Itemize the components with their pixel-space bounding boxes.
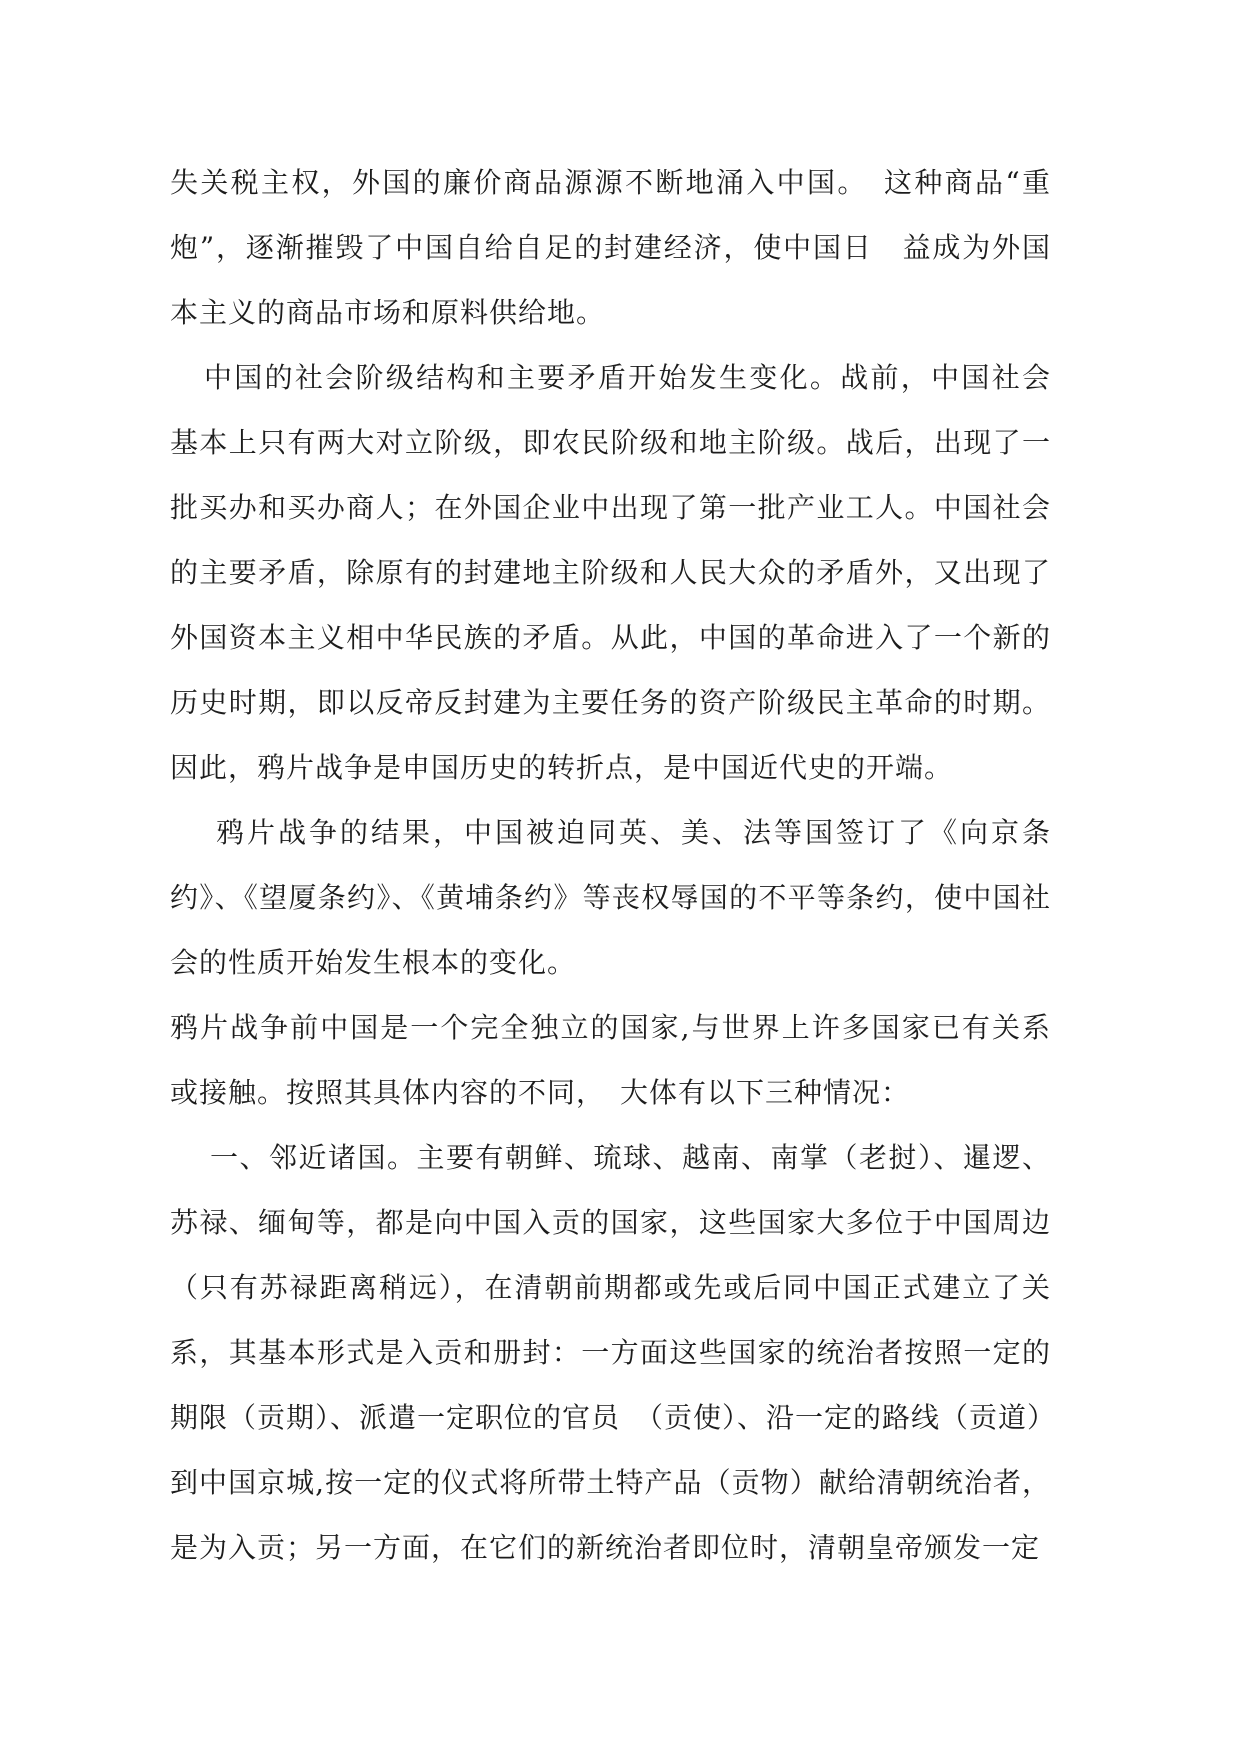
- text-line: 苏禄、缅甸等，都是向中国入贡的国家，这些国家大多位于中国周边: [170, 1190, 1051, 1255]
- text-line: 是为入贡；另一方面，在它们的新统治者即位时，清朝皇帝颁发一定: [170, 1515, 1051, 1580]
- text-line: 或接触。按照其具体内容的不同， 大体有以下三种情况：: [170, 1060, 1051, 1125]
- paragraph: 失关税主权，外国的廉价商品源源不断地涌入中国。 这种商品“重 炮”，逐渐摧毁了中…: [170, 150, 1051, 345]
- paragraph: 鸦片战争前中国是一个完全独立的国家,与世界上许多国家已有关系 或接触。按照其具体…: [170, 995, 1051, 1125]
- text-line: （只有苏禄距离稍远），在清朝前期都或先或后同中国正式建立了关: [170, 1255, 1051, 1320]
- text-line: 系，其基本形式是入贡和册封：一方面这些国家的统治者按照一定的: [170, 1320, 1051, 1385]
- text-line: 历史时期，即以反帝反封建为主要任务的资产阶级民主革命的时期。: [170, 670, 1051, 735]
- text-line: 批买办和买办商人；在外国企业中出现了第一批产业工人。中国社会: [170, 475, 1051, 540]
- document-page: 失关税主权，外国的廉价商品源源不断地涌入中国。 这种商品“重 炮”，逐渐摧毁了中…: [0, 0, 1241, 1754]
- text-line: 会的性质开始发生根本的变化。: [170, 930, 1051, 995]
- text-line: 本主义的商品市场和原料供给地。: [170, 280, 1051, 345]
- text-line: 外国资本主义相中华民族的矛盾。从此，中国的革命进入了一个新的: [170, 605, 1051, 670]
- text-line: 鸦片战争前中国是一个完全独立的国家,与世界上许多国家已有关系: [170, 995, 1051, 1060]
- text-line: 失关税主权，外国的廉价商品源源不断地涌入中国。 这种商品“重: [170, 150, 1051, 215]
- text-line: 期限（贡期）、派遣一定职位的官员 （贡使）、沿一定的路线（贡道）: [170, 1385, 1051, 1450]
- text-line: 的主要矛盾，除原有的封建地主阶级和人民大众的矛盾外，又出现了: [170, 540, 1051, 605]
- paragraph: 鸦片战争的结果，中国被迫同英、美、法等国签订了《向京条 约》、《望厦条约》、《黄…: [170, 800, 1051, 995]
- text-line: 因此，鸦片战争是申国历史的转折点，是中国近代史的开端。: [170, 735, 1051, 800]
- paragraph: 一、邻近诸国。主要有朝鲜、琉球、越南、南掌（老挝）、暹逻、 苏禄、缅甸等，都是向…: [170, 1125, 1051, 1580]
- text-line: 炮”，逐渐摧毁了中国自给自足的封建经济，使中国日 益成为外国资: [170, 215, 1051, 280]
- text-line: 中国的社会阶级结构和主要矛盾开始发生变化。战前，中国社会: [170, 345, 1051, 410]
- text-line: 约》、《望厦条约》、《黄埔条约》等丧权辱国的不平等条约，使中国社: [170, 865, 1051, 930]
- text-line: 一、邻近诸国。主要有朝鲜、琉球、越南、南掌（老挝）、暹逻、: [170, 1125, 1051, 1190]
- text-line: 基本上只有两大对立阶级，即农民阶级和地主阶级。战后，出现了一: [170, 410, 1051, 475]
- text-line: 到中国京城,按一定的仪式将所带土特产品（贡物）献给清朝统治者，: [170, 1450, 1051, 1515]
- paragraph: 中国的社会阶级结构和主要矛盾开始发生变化。战前，中国社会 基本上只有两大对立阶级…: [170, 345, 1051, 800]
- text-line: 鸦片战争的结果，中国被迫同英、美、法等国签订了《向京条: [170, 800, 1051, 865]
